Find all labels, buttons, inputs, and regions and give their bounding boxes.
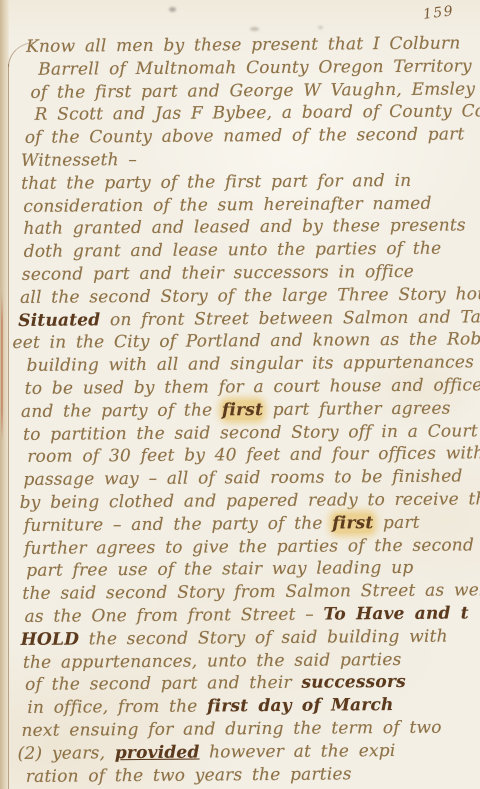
text-segment: of the second part and their <box>25 673 301 695</box>
manuscript-scan: { "page": { "number": "159" }, "colors":… <box>0 0 480 789</box>
manuscript-line: as the One from front Street – To Have a… <box>14 601 480 629</box>
manuscript-text: Know all men by these present that I Col… <box>10 31 480 788</box>
text-segment: consideration of the sum hereinafter nam… <box>23 193 431 216</box>
manuscript-line: to be used by them for a court house and… <box>13 373 480 401</box>
manuscript-line: the said second Story from Salmon Street… <box>14 578 480 606</box>
text-segment: room of 30 feet by 40 feet and four offi… <box>27 443 480 467</box>
manuscript-line: part free use of the stair way leading u… <box>14 556 480 584</box>
text-segment: the second Story of said building with <box>79 626 448 649</box>
manuscript-line: HOLD the second Story of said building w… <box>15 624 480 652</box>
text-segment: part further agrees <box>263 398 451 419</box>
text-segment: and the party of the <box>21 400 222 422</box>
paper-background: 159 Know all men by these present that I… <box>0 0 480 789</box>
manuscript-line: Know all men by these present that I Col… <box>10 31 480 59</box>
text-segment: To Have and t <box>323 603 468 624</box>
text-segment: furniture – and the party of the <box>24 513 333 535</box>
text-segment: R Scott and Jas F Bybee, a board of Coun… <box>35 101 480 125</box>
text-segment: passage way – all of said rooms to be fi… <box>23 467 462 490</box>
manuscript-line: ration of the two years the parties <box>16 761 480 789</box>
text-segment: second part and their successors in offi… <box>22 262 414 285</box>
paper-speck <box>318 26 323 29</box>
paper-speck <box>169 7 176 12</box>
text-segment: as the One from front Street – <box>24 604 323 626</box>
text-segment: (2) years, <box>18 743 115 764</box>
manuscript-line: eet in the City of Portland and known as… <box>12 328 480 356</box>
manuscript-line: further agrees to give the parties of th… <box>14 533 480 561</box>
text-segment: of the first part and George W Vaughn, E… <box>30 79 475 102</box>
stained-word: first <box>332 513 373 533</box>
manuscript-line: and the party of the first part further … <box>13 396 480 424</box>
text-segment: Witnesseth – <box>21 150 137 171</box>
manuscript-line: next ensuing for and during the term of … <box>15 715 480 743</box>
text-segment: the appurtenances, unto the said parties <box>23 649 402 672</box>
manuscript-line: (2) years, provided however at the expi <box>16 738 480 766</box>
page-number: 159 <box>422 3 455 23</box>
manuscript-line: second part and their successors in offi… <box>12 259 480 287</box>
manuscript-line: by being clothed and papered ready to re… <box>14 487 480 515</box>
stained-word: first <box>222 400 263 420</box>
text-segment: building with all and singular its appur… <box>27 353 475 377</box>
text-segment: hath granted and leased and by these pre… <box>23 216 465 239</box>
manuscript-line: of the County above named of the second … <box>11 122 480 150</box>
margin-rule-line <box>1 292 3 442</box>
text-segment: to be used by them for a court house and… <box>25 375 480 399</box>
text-segment: however at the expi <box>199 741 395 763</box>
manuscript-line: building with all and singular its appur… <box>13 350 480 378</box>
manuscript-line: doth grant and lease unto the parties of… <box>12 236 480 264</box>
manuscript-line: of the second part and their successors <box>15 670 480 698</box>
text-segment: Situated <box>18 310 100 331</box>
text-segment: in office, from the <box>27 697 207 718</box>
text-segment: that the party of the first part for and… <box>21 171 411 194</box>
manuscript-line: passage way – all of said rooms to be fi… <box>13 464 480 492</box>
page-edge-line <box>8 64 9 789</box>
text-segment: all the second Story of the large Three … <box>20 284 480 308</box>
text-segment: by being clothed and papered ready to re… <box>20 489 480 513</box>
text-segment: provided <box>115 742 200 763</box>
text-segment: next ensuing for and during the term of … <box>21 718 441 741</box>
manuscript-line: room of 30 feet by 40 feet and four offi… <box>13 442 480 470</box>
text-segment: successors <box>301 672 406 693</box>
text-segment: part free use of the stair way leading u… <box>26 558 413 581</box>
manuscript-line: the appurtenances, unto the said parties <box>15 647 480 675</box>
text-segment: first day of March <box>207 695 394 716</box>
text-segment: on front Street between Salmon and Taylo… <box>100 306 480 330</box>
manuscript-line: Barrell of Multnomah County Oregon Terri… <box>10 54 480 82</box>
manuscript-line: Situated on front Street between Salmon … <box>12 305 480 333</box>
text-segment: doth grant and lease unto the parties of… <box>24 239 442 262</box>
text-segment: Barrell of Multnomah County Oregon Terri… <box>38 56 472 79</box>
manuscript-line: to partition the said second Story off i… <box>13 419 480 447</box>
text-segment: to partition the said second Story off i… <box>23 421 478 445</box>
manuscript-line: in office, from the first day of March <box>15 692 480 720</box>
text-segment: of the County above named of the second … <box>25 125 465 148</box>
text-segment: part <box>373 513 420 533</box>
manuscript-line: all the second Story of the large Three … <box>12 282 480 310</box>
text-segment: HOLD <box>21 629 80 649</box>
text-segment: eet in the City of Portland and known as… <box>12 329 480 353</box>
text-segment: ration of the two years the parties <box>26 764 352 787</box>
manuscript-line: that the party of the first part for and… <box>11 168 480 196</box>
manuscript-line: furniture – and the party of the first p… <box>14 510 480 538</box>
text-segment: the said second Story from Salmon Street… <box>22 580 480 604</box>
paper-speck <box>250 27 259 31</box>
text-segment: Know all men by these present that I Col… <box>26 33 461 56</box>
text-segment: further agrees to give the parties of th… <box>24 535 474 559</box>
